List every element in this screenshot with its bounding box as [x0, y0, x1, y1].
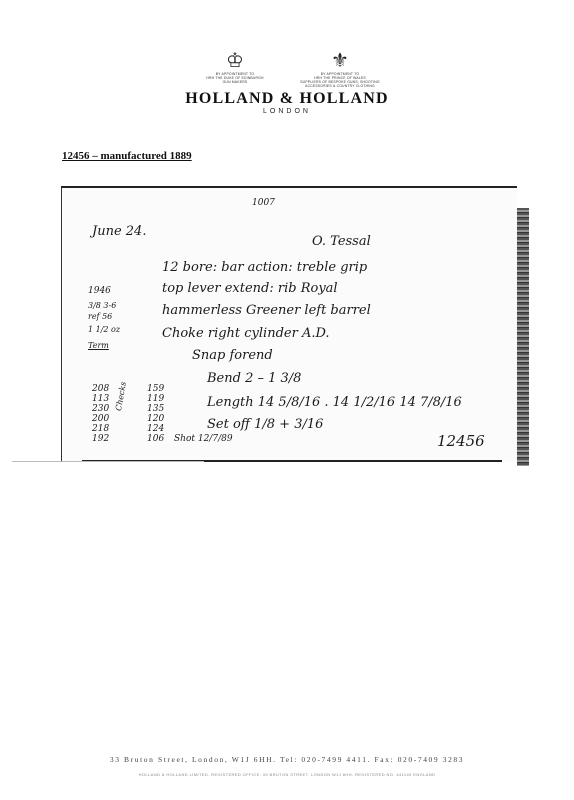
measurement-right: 106	[147, 434, 164, 444]
measurement-left: 218	[92, 424, 109, 434]
ledger-line: Bend 2 – 1 3/8	[207, 371, 301, 386]
measurement-left: 200	[92, 414, 109, 424]
document-reference: 12456 – manufactured 1889	[62, 150, 192, 162]
measurement-left: 113	[92, 394, 109, 404]
margin-note: 3/8 3-6	[88, 301, 116, 310]
measurement-left: 192	[92, 434, 109, 444]
measurement-right: 120	[147, 414, 164, 424]
footer-address: 33 Bruton Street, London, W1J 6HH. Tel: …	[0, 755, 574, 764]
ledger-date: June 24.	[92, 224, 146, 239]
measurement-right: 135	[147, 404, 164, 414]
scan-edge	[517, 208, 529, 466]
brand-name: HOLLAND & HOLLAND	[0, 90, 574, 108]
ledger-page-number: 1007	[252, 198, 275, 208]
royal-warrant-right: ⚜ By Appointment to HRH The Prince of Wa…	[295, 50, 385, 88]
shot-date: Shot 12/7/89	[174, 434, 233, 444]
ledger-line: Choke right cylinder A.D.	[162, 326, 330, 341]
margin-note: 1946	[88, 286, 111, 296]
ledger-line: Length 14 5/8/16 . 14 1/2/16 14 7/8/16	[207, 395, 462, 410]
measurement-right: 124	[147, 424, 164, 434]
margin-note: ref 56	[88, 312, 112, 321]
measurement-right: 119	[147, 394, 164, 404]
ledger-scan: 1007 June 24. O. Tessal 12 bore: bar act…	[61, 186, 517, 462]
vertical-note: Checks	[114, 381, 128, 412]
serial-number: 12456	[437, 432, 485, 450]
redacted-area	[12, 462, 204, 520]
measurement-left: 230	[92, 404, 109, 414]
margin-note: 1 1/2 oz	[88, 325, 120, 334]
prince-of-wales-feathers-icon: ⚜	[295, 50, 385, 72]
ledger-line: 12 bore: bar action: treble grip	[162, 260, 367, 275]
brand-city: LONDON	[0, 108, 574, 115]
ledger-customer: O. Tessal	[312, 234, 371, 249]
margin-note: Term	[88, 341, 109, 350]
measurement-left: 208	[92, 384, 109, 394]
measurement-right: 159	[147, 384, 164, 394]
ledger-line: top lever extend: rib Royal	[162, 281, 338, 296]
ledger-line: hammerless Greener left barrel	[162, 303, 371, 318]
ledger-line: Set off 1/8 + 3/16	[207, 417, 323, 432]
footer-registration: Holland & Holland Limited. Registered Of…	[0, 772, 574, 777]
warrant-text: Accessories & Country Clothing	[295, 84, 385, 88]
royal-warrant-left: ♔ By Appointment to HRH The Duke of Edin…	[190, 50, 280, 84]
ledger-line: Snap forend	[192, 348, 273, 363]
royal-crest-icon: ♔	[190, 50, 280, 72]
warrant-text: Gun Makers	[190, 80, 280, 84]
